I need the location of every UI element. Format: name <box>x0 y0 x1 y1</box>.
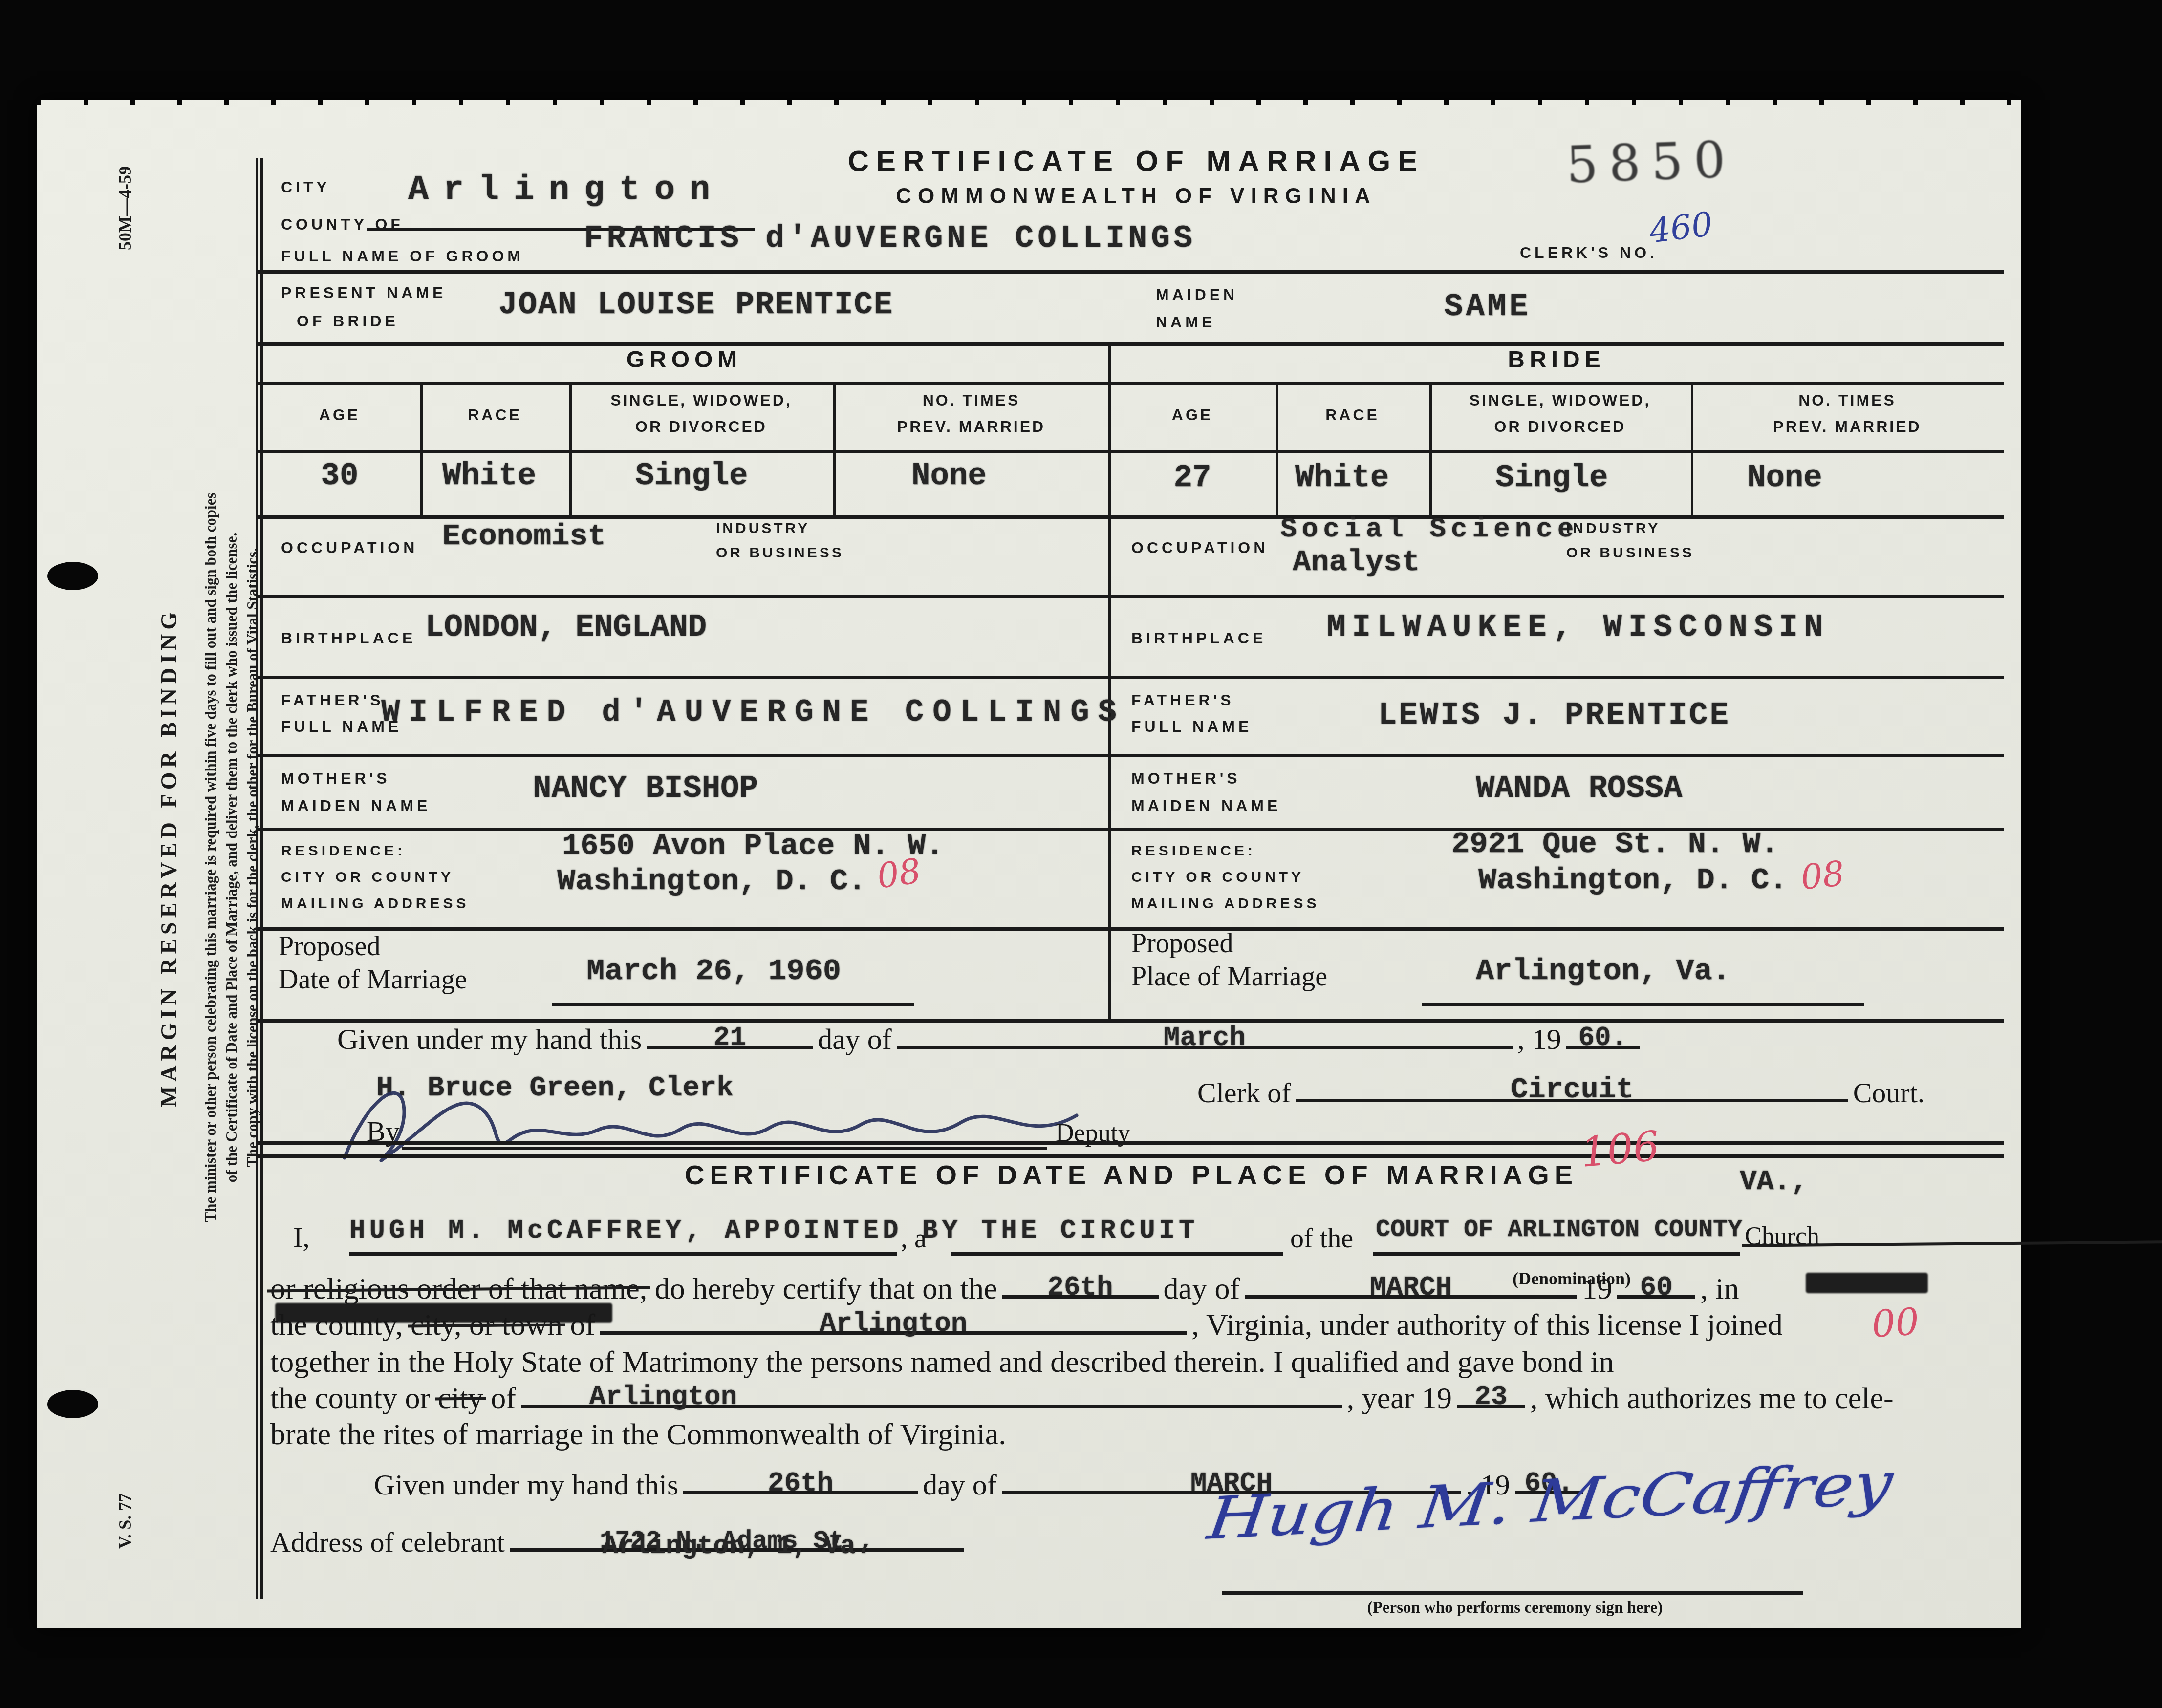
bride-marital-value: Single <box>1495 463 1608 494</box>
rule-horizontal <box>256 270 2004 274</box>
clerk-month-value: March <box>1164 1024 1246 1051</box>
groom-birthplace-label: BIRTHPLACE <box>281 630 416 646</box>
clerk-day-value: 21 <box>713 1024 746 1051</box>
matrimony-line: together in the Holy State of Matrimony … <box>270 1345 1614 1380</box>
proposed-date-label-1: Proposed <box>279 931 380 962</box>
celebrant-day-blank: 26th <box>683 1469 918 1494</box>
deputy-signature-blank <box>402 1147 1047 1150</box>
bride-mother-label-2: MAIDEN NAME <box>1131 798 1281 813</box>
scan-background: V. S. 77 50M—4-59 MARGIN RESERVED FOR BI… <box>0 0 2162 1708</box>
bride-occupation-value-1: Social Science <box>1280 515 1578 543</box>
proposed-place-label-1: Proposed <box>1131 928 1233 959</box>
certificate-title: CERTIFICATE OF MARRIAGE <box>696 147 1576 176</box>
certificate-number-stamp: 5850 <box>1565 135 1737 191</box>
rule-horizontal <box>256 927 2004 931</box>
groom-name-value: FRANCIS d'AUVERGNE COLLINGS <box>584 223 1196 255</box>
rites-line: brate the rites of marriage in the Commo… <box>270 1417 1006 1452</box>
groom-occupation-label: OCCUPATION <box>281 540 418 555</box>
maiden-name-label-2: NAME <box>1156 314 1215 330</box>
clerk-day-blank: 21 <box>647 1023 813 1049</box>
celebrant-address-blank: 1722 N. Adams St.,Arlington, 1, Va. <box>510 1526 964 1552</box>
celebrant-blank-2 <box>951 1252 1283 1256</box>
clerk-month-blank: March <box>897 1023 1513 1049</box>
proposed-place-label-2: Place of Marriage <box>1131 961 1327 992</box>
groom-mother-label-2: MAIDEN NAME <box>281 798 431 813</box>
bride-race-value: White <box>1295 463 1389 494</box>
ceremony-place: Arlington <box>820 1310 967 1337</box>
clerk-year-blank: 60. <box>1566 1023 1640 1049</box>
bride-column-header: BRIDE <box>1109 348 2004 372</box>
ceremony-place-blank: Arlington <box>600 1309 1187 1335</box>
rule-horizontal <box>256 676 2004 679</box>
groom-times-header-1: NO. TIMES <box>833 392 1109 408</box>
groom-marital-header-2: OR DIVORCED <box>569 419 833 434</box>
certificate-subtitle: COMMONWEALTH OF VIRGINIA <box>696 186 1576 207</box>
rule-horizontal <box>256 1154 2004 1158</box>
rule-vertical <box>833 384 836 515</box>
bride-name-label-2: OF BRIDE <box>297 313 399 329</box>
county-value: Arlington <box>408 173 725 208</box>
bride-birthplace-label: BIRTHPLACE <box>1131 630 1266 646</box>
groom-race-value: White <box>442 461 536 492</box>
groom-times-value: None <box>911 461 987 492</box>
court-value: Circuit <box>1511 1075 1634 1105</box>
bride-marital-header-1: SINGLE, WIDOWED, <box>1429 392 1691 408</box>
bond-line: the county or city ofArlington, year 192… <box>270 1381 1894 1416</box>
ceremony-month-blank: MARCH <box>1245 1273 1577 1299</box>
bride-occupation-label: OCCUPATION <box>1131 540 1268 555</box>
groom-mother-value: NANCY BISHOP <box>533 773 758 805</box>
va-note: VA., <box>1740 1168 1808 1196</box>
city-struck: city <box>438 1382 483 1415</box>
groom-occupation-value: Economist <box>442 521 606 552</box>
margin-rule <box>256 158 263 1599</box>
bride-mother-label-1: MOTHER'S <box>1131 770 1241 786</box>
celebrant-address-line: Address of celebrant1722 N. Adams St.,Ar… <box>270 1526 969 1559</box>
rule-vertical <box>1276 384 1278 515</box>
bride-residence-label-1: RESIDENCE: <box>1131 844 1256 858</box>
bride-times-value: None <box>1747 463 1822 494</box>
of-the-label: of the <box>1290 1223 1353 1254</box>
certificate-paper: V. S. 77 50M—4-59 MARGIN RESERVED FOR BI… <box>37 100 2021 1628</box>
celebrant-day: 26th <box>768 1470 833 1497</box>
maiden-name-label-1: MAIDEN <box>1156 287 1238 302</box>
bride-times-header-1: NO. TIMES <box>1691 392 2004 408</box>
margin-note: The minister or other person celebrating… <box>202 137 261 1578</box>
struck-phrase: or religious order of that name, <box>270 1272 647 1305</box>
bride-industry-label-2: OR BUSINESS <box>1566 546 1694 560</box>
bride-age-header: AGE <box>1109 407 1276 423</box>
groom-birthplace-value: LONDON, ENGLAND <box>425 612 707 643</box>
groom-times-header-2: PREV. MARRIED <box>833 419 1109 434</box>
groom-column-header: GROOM <box>259 348 1109 372</box>
certify-line: or religious order of that name, do here… <box>270 1272 1739 1306</box>
rule-vertical <box>1429 384 1432 515</box>
church-label: Church <box>1745 1222 2162 1251</box>
celebrant-blank-3 <box>1373 1252 1740 1256</box>
groom-residence-label-1: RESIDENCE: <box>281 844 406 858</box>
groom-residence-label-2: CITY OR COUNTY <box>281 870 454 885</box>
bride-occupation-value-2: Analyst <box>1293 547 1420 577</box>
celebrant-address-2: Arlington, 1, Va. <box>602 1534 871 1560</box>
red-code: 106 <box>1579 1125 1661 1173</box>
bride-residence-value-1: 2921 Que St. N. W. <box>1451 829 1779 859</box>
bond-year: 23 <box>1474 1383 1507 1410</box>
clerks-no-value: 460 <box>1647 208 1714 248</box>
clerks-no-label: CLERK'S NO. <box>1520 245 1658 260</box>
groom-age-header: AGE <box>259 407 420 423</box>
groom-race-header: RACE <box>420 407 569 423</box>
punch-hole <box>47 1390 98 1418</box>
bond-year-blank: 23 <box>1457 1382 1525 1408</box>
groom-residence-label-3: MAILING ADDRESS <box>281 897 470 911</box>
ceremony-day: 26th <box>1047 1274 1113 1301</box>
groom-industry-label-1: INDUSTRY <box>716 521 810 536</box>
proposed-place-blank <box>1422 1003 1864 1006</box>
struck-text-smudge <box>1806 1273 1928 1293</box>
celebrant-blank-1 <box>349 1252 897 1256</box>
city-town-struck: city, or town <box>411 1308 562 1342</box>
groom-industry-label-2: OR BUSINESS <box>716 546 844 560</box>
column-divider <box>1108 342 1111 1019</box>
bond-place: Arlington <box>589 1383 737 1410</box>
groom-age-value: 30 <box>259 461 420 492</box>
place-line: the county, city, or town ofArlington, V… <box>270 1308 1783 1343</box>
bond-place-blank: Arlington <box>521 1382 1342 1408</box>
groom-mother-label-1: MOTHER'S <box>281 770 390 786</box>
i-label: I, <box>293 1221 310 1254</box>
bride-father-label-2: FULL NAME <box>1131 719 1252 734</box>
city-label: CITY <box>281 179 330 195</box>
bride-residence-label-2: CITY OR COUNTY <box>1131 870 1304 885</box>
bride-industry-label-1: INDUSTRY <box>1566 521 1660 536</box>
groom-residence-code: 08 <box>875 854 923 894</box>
binding-margin: V. S. 77 50M—4-59 MARGIN RESERVED FOR BI… <box>115 137 261 1578</box>
groom-marital-value: Single <box>635 461 748 492</box>
ceremony-month: MARCH <box>1370 1274 1452 1301</box>
margin-title: MARGIN RESERVED FOR BINDING <box>156 137 182 1578</box>
a-label: , a <box>901 1223 927 1254</box>
groom-marital-header-1: SINGLE, WIDOWED, <box>569 392 833 408</box>
rule-horizontal <box>256 342 2004 346</box>
celebrant-signature-blank <box>1222 1591 1803 1595</box>
bride-residence-value-2: Washington, D. C. <box>1478 865 1788 896</box>
proposed-date-label-2: Date of Marriage <box>279 964 467 995</box>
rule-horizontal <box>256 450 2004 453</box>
rule-vertical <box>1691 384 1693 515</box>
punch-hole <box>47 562 98 590</box>
clerk-year-value: 60. <box>1578 1024 1627 1051</box>
bride-father-label-1: FATHER'S <box>1131 692 1234 708</box>
bride-age-value: 27 <box>1109 463 1276 494</box>
proposed-date-blank <box>552 1003 914 1006</box>
rule-horizontal <box>256 1141 2004 1145</box>
bride-name-value: JOAN LOUISE PRENTICE <box>498 290 893 321</box>
maiden-name-value: SAME <box>1444 292 1531 323</box>
rule-horizontal <box>256 595 2004 598</box>
form-code-top: 50M—4-59 <box>115 166 135 250</box>
bride-father-value: LEWIS J. PRENTICE <box>1378 700 1730 731</box>
proposed-place-value: Arlington, Va. <box>1476 956 1730 986</box>
bride-marital-header-2: OR DIVORCED <box>1429 419 1691 434</box>
groom-residence-value-2: Washington, D. C. <box>557 866 866 897</box>
proposed-date-value: March 26, 1960 <box>586 956 841 986</box>
groom-father-label-1: FATHER'S <box>281 692 384 708</box>
celebrant-typed-1: HUGH M. McCAFFREY, APPOINTED BY THE CIRC… <box>349 1218 1198 1244</box>
bride-race-header: RACE <box>1276 407 1429 423</box>
ceremony-year-blank: 60 <box>1617 1273 1695 1299</box>
sign-here-label: (Person who performs ceremony sign here) <box>1232 1599 1798 1618</box>
bride-birthplace-value: MILWAUKEE, WISCONSIN <box>1327 612 1829 643</box>
celebrant-typed-2: COURT OF ARLINGTON COUNTY <box>1376 1218 1742 1242</box>
ceremony-year: 60 <box>1640 1274 1673 1301</box>
groom-father-value: WILFRED d'AUVERGNE COLLINGS <box>381 697 1125 728</box>
bride-name-label-1: PRESENT NAME <box>281 285 446 300</box>
bride-mother-value: WANDA ROSSA <box>1476 773 1682 805</box>
clerk-given-line: Given under my hand this21day ofMarch, 1… <box>337 1023 1644 1056</box>
court-blank: Circuit <box>1296 1076 1848 1102</box>
red-zeros: 00 <box>1870 1303 1920 1344</box>
groom-name-label: FULL NAME OF GROOM <box>281 248 524 264</box>
bride-times-header-2: PREV. MARRIED <box>1691 419 2004 434</box>
clerk-of-line: Clerk ofCircuitCourt. <box>1197 1076 1924 1110</box>
rule-horizontal <box>256 382 2004 385</box>
rule-vertical <box>420 384 423 515</box>
bride-residence-code: 08 <box>1799 856 1846 895</box>
form-code-bottom: V. S. 77 <box>115 1494 135 1549</box>
rule-vertical <box>569 384 572 515</box>
form-codes: V. S. 77 50M—4-59 <box>115 137 135 1578</box>
bride-residence-label-3: MAILING ADDRESS <box>1131 897 1320 911</box>
ceremony-day-blank: 26th <box>1002 1273 1159 1299</box>
rule-horizontal <box>256 754 2004 757</box>
